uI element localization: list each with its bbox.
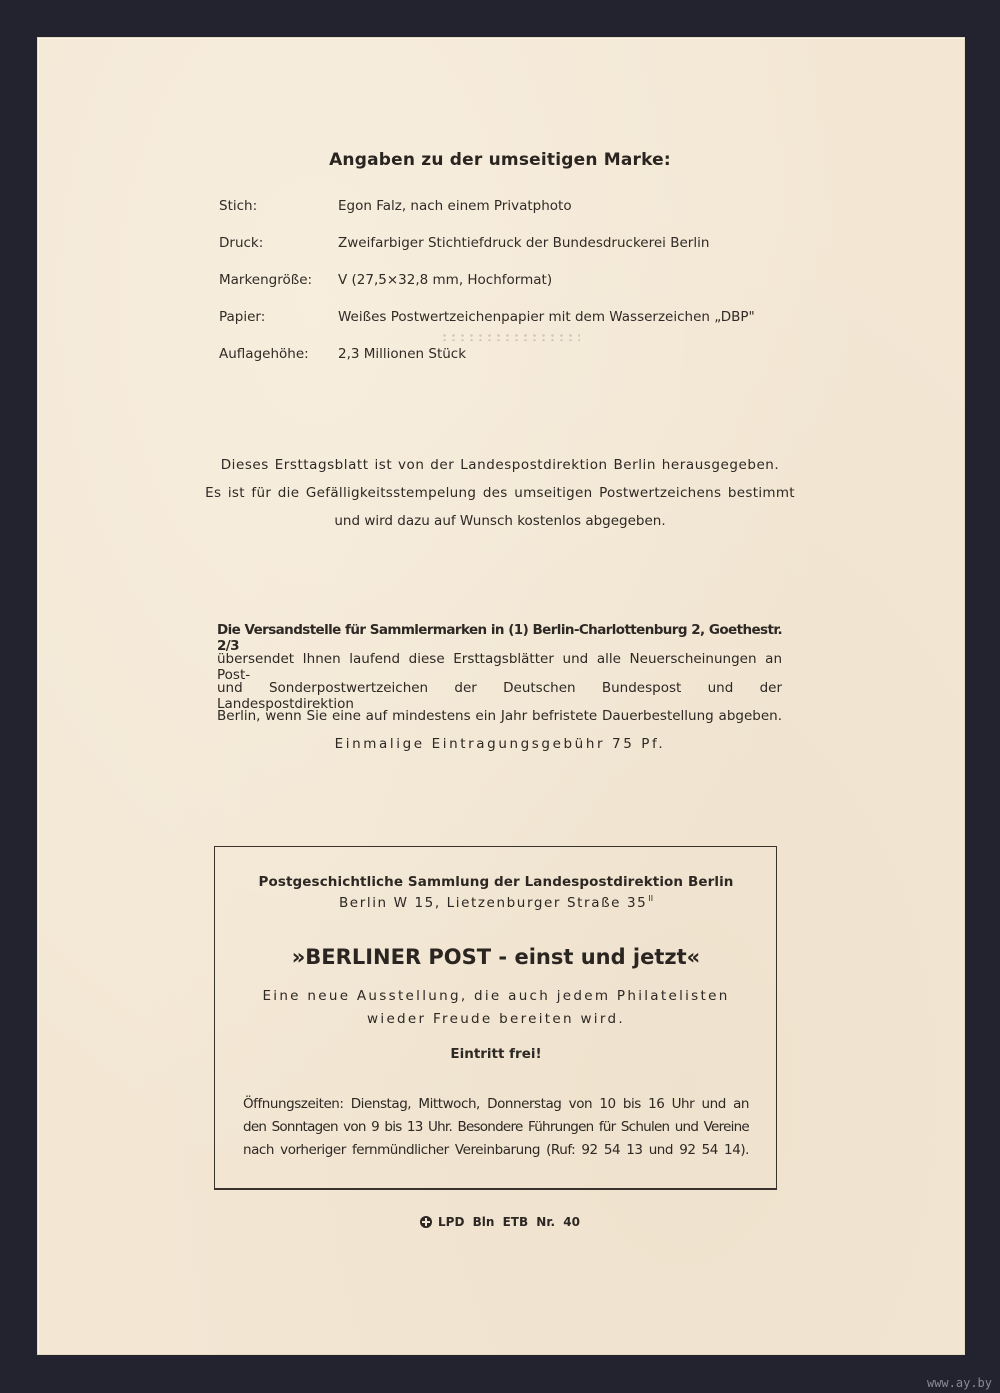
exhibition-hours-line: nach vorheriger fernmündlicher Vereinbar… bbox=[243, 1142, 749, 1158]
page-heading: Angaben zu der umseitigen Marke: bbox=[0, 150, 1000, 170]
exhibition-admission: Eintritt frei! bbox=[214, 1046, 778, 1062]
post-horn-emblem-icon bbox=[420, 1216, 432, 1228]
exhibition-address-floor: II bbox=[648, 894, 653, 903]
exhibition-hours-line: Öffnungszeiten: Dienstag, Mittwoch, Donn… bbox=[243, 1096, 749, 1112]
notice-line: Es ist für die Gefälligkeitsstempelung d… bbox=[0, 485, 1000, 501]
notice-line: Dieses Ersttagsblatt ist von der Landesp… bbox=[0, 457, 1000, 473]
paper-speckle bbox=[440, 333, 580, 341]
site-watermark: www.ay.by bbox=[927, 1376, 992, 1390]
spec-value-paper: Weißes Postwertzeichenpapier mit dem Was… bbox=[338, 309, 755, 325]
spec-label-paper: Papier: bbox=[219, 309, 265, 325]
exhibition-subtitle-line: wieder Freude bereiten wird. bbox=[214, 1011, 778, 1027]
notice-line: und wird dazu auf Wunsch kostenlos abgeg… bbox=[0, 513, 1000, 529]
exhibition-address: Berlin W 15, Lietzenburger Straße 35II bbox=[214, 894, 778, 911]
subscription-line: übersendet Ihnen laufend diese Ersttagsb… bbox=[217, 651, 782, 683]
spec-value-stamp-size: V (27,5×32,8 mm, Hochformat) bbox=[338, 272, 552, 288]
spec-value-print-run: 2,3 Millionen Stück bbox=[338, 346, 466, 362]
subscription-fee: Einmalige Eintragungsgebühr 75 Pf. bbox=[0, 736, 1000, 752]
exhibition-hours-line: den Sonntagen von 9 bis 13 Uhr. Besonder… bbox=[243, 1119, 749, 1135]
spec-value-engraving: Egon Falz, nach einem Privatphoto bbox=[338, 198, 572, 214]
spec-value-printing: Zweifarbiger Stichtiefdruck der Bundesdr… bbox=[338, 235, 709, 251]
spec-label-printing: Druck: bbox=[219, 235, 263, 251]
exhibition-headline: »BERLINER POST - einst und jetzt« bbox=[214, 945, 778, 969]
sheet-reference: LPD Bln ETB Nr. 40 bbox=[0, 1215, 1000, 1229]
spec-label-print-run: Auflagehöhe: bbox=[219, 346, 309, 362]
sheet-reference-text: LPD Bln ETB Nr. 40 bbox=[438, 1215, 580, 1229]
subscription-lead: Die Versandstelle für Sammlermarken in (… bbox=[217, 622, 782, 654]
spec-label-engraving: Stich: bbox=[219, 198, 257, 214]
exhibition-title: Postgeschichtliche Sammlung der Landespo… bbox=[214, 874, 778, 890]
spec-label-stamp-size: Markengröße: bbox=[219, 272, 312, 288]
exhibition-address-text: Berlin W 15, Lietzenburger Straße 35 bbox=[339, 895, 647, 911]
exhibition-subtitle-line: Eine neue Ausstellung, die auch jedem Ph… bbox=[214, 988, 778, 1004]
subscription-line: Berlin, wenn Sie eine auf mindestens ein… bbox=[217, 708, 782, 724]
